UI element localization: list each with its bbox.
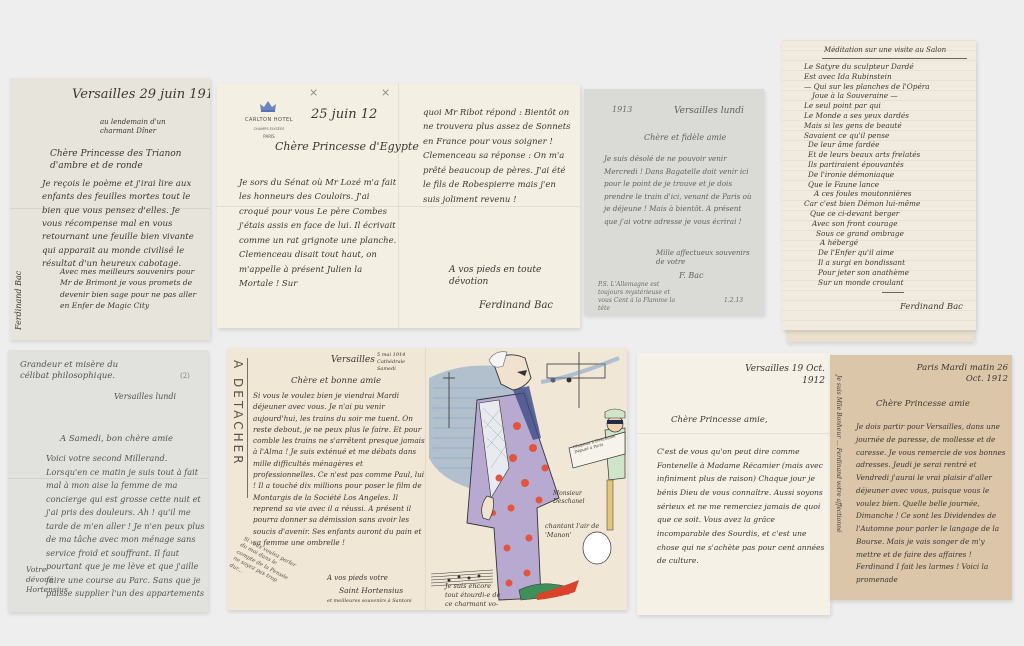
crown-icon: [259, 100, 277, 112]
letterhead-city: PARIS: [239, 134, 299, 139]
letterhead-name: CARLTON HOTEL: [239, 117, 299, 123]
poem-title: Méditation sur une visite au Salon: [824, 46, 946, 55]
header-note: 5 mai 1914 Cathédrale Samedi: [377, 352, 417, 372]
letter-body: Je suis désolé de ne pouvoir venir Mercr…: [604, 153, 754, 229]
letter-grey-versailles: 1913 Versailles lundi Chère et fidèle am…: [584, 89, 764, 315]
poem-line: Joue à la Souveraine —: [804, 91, 974, 101]
poem-line: Il a surgi en bondissant: [804, 258, 974, 268]
letter-body-left: Je sors du Sénat où Mr Lozé m'a fait les…: [239, 176, 397, 292]
poem-line: Est avec Ida Rubinstein: [804, 72, 974, 82]
poem-line: Savaient ce qu'il pense: [804, 131, 974, 141]
letter-bottom-left: Grandeur et misère du célibat philosophi…: [8, 350, 208, 612]
fold-line: [637, 433, 830, 434]
letter-body: C'est de vous qu'on peut dire comme Font…: [657, 445, 825, 568]
poem-signature: Ferdinand Bac: [900, 302, 963, 313]
corner-note: (2): [180, 372, 190, 381]
mark-x: ×: [381, 86, 390, 101]
letter-top-left: Versailles 29 juin 1912 au lendemain d'u…: [10, 78, 210, 340]
letter-header: Versailles 19 Oct. 1912: [735, 363, 825, 387]
header-mark: 1913: [612, 105, 632, 116]
letter-body: Je dois partir pour Versailles, dans une…: [856, 421, 1008, 587]
letter-salutation: Chère Princesse d'Egypte: [275, 140, 419, 155]
postscript: P.S. L'Allemagne est toujours mystérieus…: [598, 281, 683, 313]
letter-salutation: A Samedi, bon chère amie: [60, 434, 173, 445]
date-note: 1.2.13: [724, 297, 743, 305]
letter-white-versailles: Versailles 19 Oct. 1912 Chère Princesse …: [637, 353, 830, 615]
drawing-lyrics: Je suis encore tout étourdi-e de ce char…: [445, 582, 505, 610]
letter-closing: A vos pieds votre: [327, 574, 388, 583]
poem-line: De l'Enfer qu'il aime: [804, 248, 974, 258]
letter-date: Versailles 29 juin 1912: [72, 86, 210, 104]
poem-line: Sur un monde croulant: [804, 278, 974, 288]
letter-header: Versailles lundi: [114, 392, 176, 403]
letter-header: Versailles lundi: [674, 105, 744, 117]
poem-line: Car c'est bien Démon lui-même: [804, 199, 974, 209]
poem-line: Pour jeter son anathème: [804, 268, 974, 278]
caricature-drawing: [429, 348, 627, 610]
letter-salutation: Chère et fidèle amie: [644, 133, 726, 144]
margin-note: Je suis Mlle Bonheur ... Ferdinand votre…: [834, 375, 842, 595]
poem-line: Le Monde a ses yeux dardés: [804, 111, 974, 121]
letter-header: Paris Mardi matin 26 Oct. 1912: [912, 363, 1008, 386]
poem-line: Sous ce grand ombrage: [804, 229, 974, 239]
poem-line: Le seul point par qui: [804, 101, 974, 111]
drawing-caption-song: chantant l'air de 'Manon': [545, 522, 615, 540]
drawing-caption-name: Monsieur Deschanel: [553, 490, 598, 506]
detach-stamp: A DETACHER: [231, 360, 245, 467]
letter-salutation: Chère et bonne amie: [291, 376, 381, 387]
letter-body-right: quoi Mr Ribot répond : Bientôt on ne tro…: [423, 106, 573, 207]
letter-signature: Saint Hortensius: [339, 586, 403, 596]
poem-line: Mais si les gens de beauté: [804, 121, 974, 131]
margin-signature: Votre dévoué Hortensius: [26, 565, 64, 595]
title-underline: [822, 58, 967, 59]
letter-date: 25 juin 12: [311, 106, 377, 124]
letter-illustrated: A DETACHER Versailles 5 mai 1914 Cathédr…: [227, 348, 627, 610]
poem-line: — Qui sur les planches de l'Opéra: [804, 82, 974, 92]
poem-line: Et de leurs beaux arts frelatés: [804, 150, 974, 160]
fold-line: [425, 348, 426, 610]
poem-line: Que ce ci-devant berger: [804, 209, 974, 219]
letter-body: Voici votre second Millerand. Lorsqu'en …: [46, 452, 206, 601]
letter-body: Je reçois le poème et j'irai lire aux en…: [42, 178, 202, 271]
poem-line: A hébergé: [804, 238, 974, 248]
letter-body: Si vous le voulez bien je viendrai Mardi…: [253, 390, 425, 548]
letter-header: Versailles: [331, 354, 375, 366]
letter-closing: Avec mes meilleurs souvenirs pour Mr de …: [60, 266, 205, 312]
letter-salutation: Chère Princesse des Trianon d'ambre et d…: [50, 148, 205, 172]
poem-line: Ils partiraient épouvantés: [804, 160, 974, 170]
letter-carlton-hotel: CARLTON HOTEL CHAMPS-ÉLYSÉES PARIS × × 2…: [217, 84, 580, 328]
poem-line: De l'ironie démoniaque: [804, 170, 974, 180]
letterhead-sub: CHAMPS-ÉLYSÉES: [239, 127, 299, 131]
letter-closing: Mille affectueux souvenirs de votre: [656, 249, 756, 268]
poem-sheet: Méditation sur une visite au Salon Le Sa…: [782, 40, 976, 330]
poem-line: De leur âme fardée: [804, 140, 974, 150]
letter-salutation: Chère Princesse amie,: [671, 415, 768, 426]
margin-note: Ferdinand Bac: [14, 170, 25, 330]
letter-signature: Ferdinand Bac: [479, 299, 553, 313]
poem-line: Le Satyre du sculpteur Dardé: [804, 62, 974, 72]
letter-closing: A vos pieds en toute dévotion: [449, 264, 559, 288]
divider: [882, 292, 904, 293]
letter-tan-paris: Paris Mardi matin 26 Oct. 1912 Chère Pri…: [830, 355, 1012, 600]
poem-lines: Le Satyre du sculpteur Dardé Est avec Id…: [804, 62, 974, 287]
mark-x: ×: [309, 86, 318, 101]
letter-title: Grandeur et misère du célibat philosophi…: [20, 360, 145, 383]
letter-salutation: Chère Princesse amie: [876, 399, 970, 410]
poem-line: Que le Faune lance: [804, 180, 974, 190]
letter-subheader: au lendemain d'un charmant Dîner: [100, 118, 200, 137]
signature-note: et meilleures souvenirs à Santoni: [327, 598, 412, 605]
poem-line: Avec son front courage: [804, 219, 974, 229]
poem-line: A ces foules moutonnières: [804, 189, 974, 199]
detach-line: [247, 358, 248, 498]
